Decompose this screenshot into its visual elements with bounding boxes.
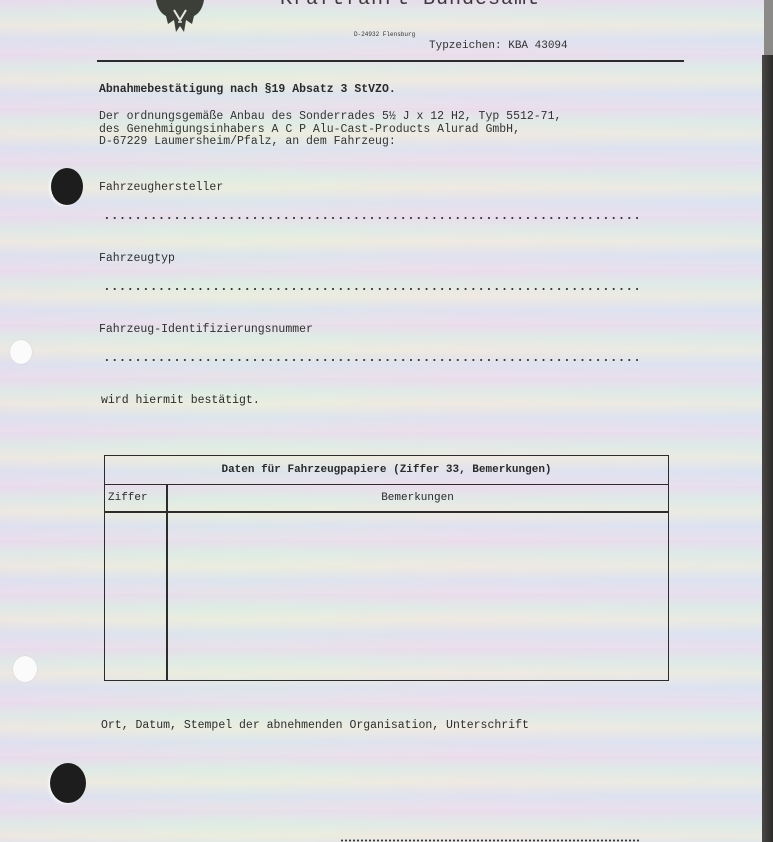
intro-line: des Genehmigungsinhabers A C P Alu-Cast-…	[99, 123, 520, 136]
signature-label: Ort, Datum, Stempel der abnehmenden Orga…	[101, 719, 529, 732]
federal-eagle-icon	[152, 0, 208, 34]
column-header-ziffer: Ziffer	[105, 485, 167, 512]
punch-hole-icon	[10, 340, 32, 364]
scan-edge-top	[764, 0, 773, 55]
bemerkungen-cell[interactable]	[168, 513, 668, 680]
column-header-bemerkungen: Bemerkungen	[167, 485, 668, 512]
table-title: Daten für Fahrzeugpapiere (Ziffer 33, Be…	[105, 456, 668, 485]
organization-title: Kraftfahrt-Bundesamt	[280, 0, 540, 11]
field-label-vehicle-type: Fahrzeugtyp	[99, 252, 175, 265]
ziffer-cell[interactable]	[105, 513, 166, 680]
organization-address: D-24932 Flensburg	[354, 31, 415, 38]
vin-field[interactable]	[103, 359, 638, 361]
vehicle-type-field[interactable]	[103, 288, 638, 290]
intro-line: D-67229 Laumersheim/Pfalz, an dem Fahrze…	[99, 135, 396, 148]
intro-paragraph: Der ordnungsgemäße Anbau des Sonderrades…	[99, 111, 561, 149]
vehicle-papers-table: Daten für Fahrzeugpapiere (Ziffer 33, Be…	[104, 455, 669, 681]
type-mark: Typzeichen: KBA 43094	[429, 40, 568, 52]
header-divider	[97, 60, 684, 62]
field-label-vin: Fahrzeug-Identifizierungsnummer	[99, 323, 313, 336]
confirmation-text: wird hiermit bestätigt.	[101, 394, 260, 407]
punch-hole-icon	[50, 763, 86, 803]
scan-edge-shadow	[762, 55, 773, 842]
intro-line: Der ordnungsgemäße Anbau des Sonderrades…	[99, 110, 561, 123]
vehicle-manufacturer-field[interactable]	[103, 217, 638, 219]
punch-hole-icon	[51, 168, 83, 205]
document-heading: Abnahmebestätigung nach §19 Absatz 3 StV…	[99, 83, 396, 96]
field-label-vehicle-manufacturer: Fahrzeughersteller	[99, 181, 223, 194]
punch-hole-icon	[13, 656, 37, 682]
